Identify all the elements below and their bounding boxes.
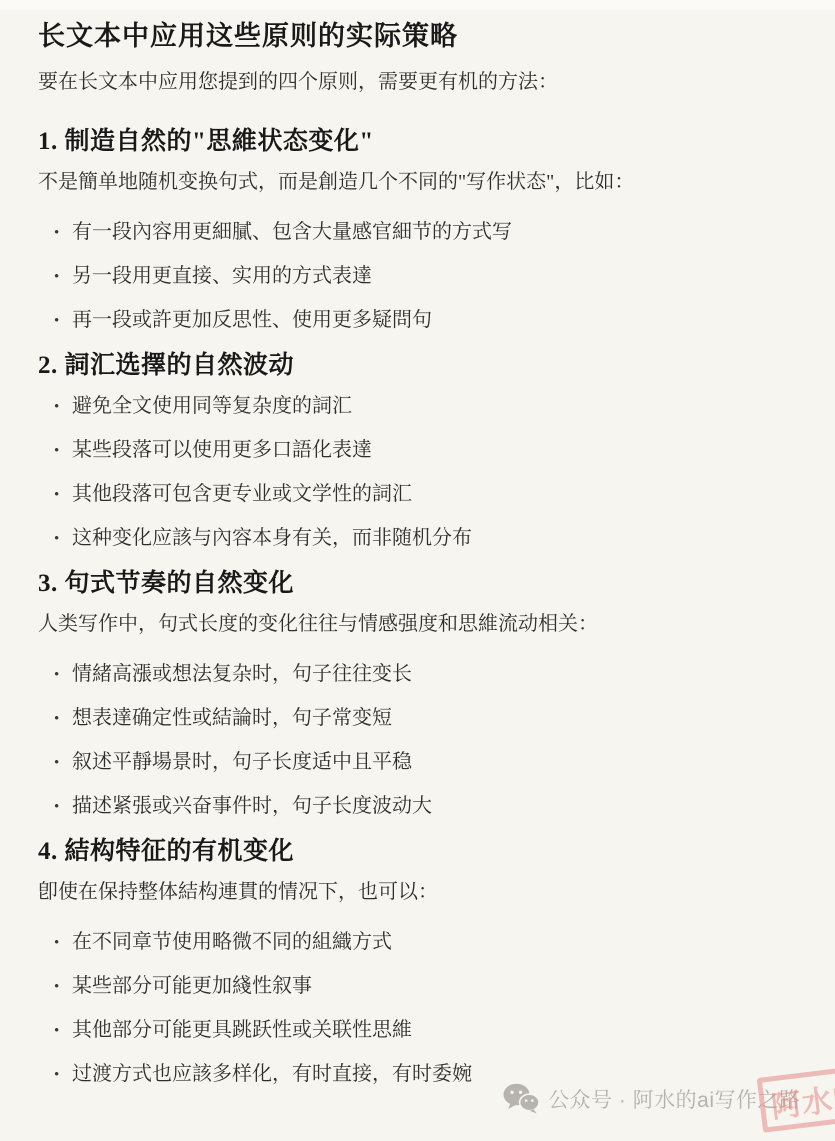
- list-item: 有一段內容用更細膩、包含大量感官細节的方式写: [72, 219, 805, 245]
- section-1-list: 有一段內容用更細膩、包含大量感官細节的方式写 另一段用更直接、实用的方式表達 再…: [38, 219, 805, 333]
- section-1: 1. 制造自然的"思維状态变化" 不是簡单地随机变换句式，而是創造几个不同的"写…: [38, 127, 805, 333]
- section-2-heading: 2. 詞汇选擇的自然波动: [38, 351, 805, 381]
- section-1-heading: 1. 制造自然的"思維状态变化": [38, 127, 805, 157]
- list-item: 其他部分可能更具跳跃性或关联性思維: [72, 1017, 805, 1043]
- list-item: 避免全文使用同等复杂度的詞汇: [72, 393, 805, 419]
- list-item: 在不同章节使用略微不同的組織方式: [72, 929, 805, 955]
- wechat-icon: [503, 1083, 539, 1114]
- section-4: 4. 結构特征的有机变化 卽使在保持整体結构連貫的情况下，也可以： 在不同章节使…: [38, 837, 805, 1087]
- list-item: 情緒高漲或想法复杂时，句子往往变长: [72, 661, 805, 687]
- article: 长文本中应用这些原则的实际策略 要在长文本中应用您提到的四个原则，需要更有机的方…: [0, 0, 835, 1087]
- page-title: 长文本中应用这些原则的实际策略: [38, 20, 805, 52]
- list-item: 某些部分可能更加綫性叙事: [72, 973, 805, 999]
- list-item: 想表達确定性或結論时，句子常变短: [72, 705, 805, 731]
- section-1-desc: 不是簡单地随机变换句式，而是創造几个不同的"写作状态"，比如：: [38, 169, 805, 195]
- section-4-desc: 卽使在保持整体結构連貫的情况下，也可以：: [38, 879, 805, 905]
- section-4-heading: 4. 結构特征的有机变化: [38, 837, 805, 867]
- section-2: 2. 詞汇选擇的自然波动 避免全文使用同等复杂度的詞汇 某些段落可以使用更多口語…: [38, 351, 805, 551]
- account-watermark: 公众号 · 阿水的ai写作之路: [503, 1083, 801, 1114]
- intro-paragraph: 要在长文本中应用您提到的四个原则，需要更有机的方法：: [38, 69, 805, 95]
- list-item: 某些段落可以使用更多口語化表達: [72, 437, 805, 463]
- list-item: 另一段用更直接、实用的方式表達: [72, 263, 805, 289]
- list-item: 描述紧張或兴奋事件时，句子长度波动大: [72, 793, 805, 819]
- section-3-desc: 人类写作中，句式长度的变化往往与情感强度和思維流动相关：: [38, 611, 805, 637]
- list-item: 叙述平靜場景时，句子长度适中且平稳: [72, 749, 805, 775]
- watermark-label: 公众号 · 阿水的ai写作之路: [548, 1084, 801, 1114]
- list-item: 这种变化应該与內容本身有关，而非随机分布: [72, 525, 805, 551]
- section-2-list: 避免全文使用同等复杂度的詞汇 某些段落可以使用更多口語化表達 其他段落可包含更专…: [38, 393, 805, 551]
- section-3-heading: 3. 句式节奏的自然变化: [38, 569, 805, 599]
- page-top-strip: [0, 0, 835, 10]
- list-item: 其他段落可包含更专业或文学性的詞汇: [72, 481, 805, 507]
- section-3: 3. 句式节奏的自然变化 人类写作中，句式长度的变化往往与情感强度和思維流动相关…: [38, 569, 805, 819]
- section-3-list: 情緒高漲或想法复杂时，句子往往变长 想表達确定性或結論时，句子常变短 叙述平靜場…: [38, 661, 805, 819]
- list-item: 再一段或許更加反思性、使用更多疑問句: [72, 307, 805, 333]
- section-4-list: 在不同章节使用略微不同的組織方式 某些部分可能更加綫性叙事 其他部分可能更具跳跃…: [38, 929, 805, 1087]
